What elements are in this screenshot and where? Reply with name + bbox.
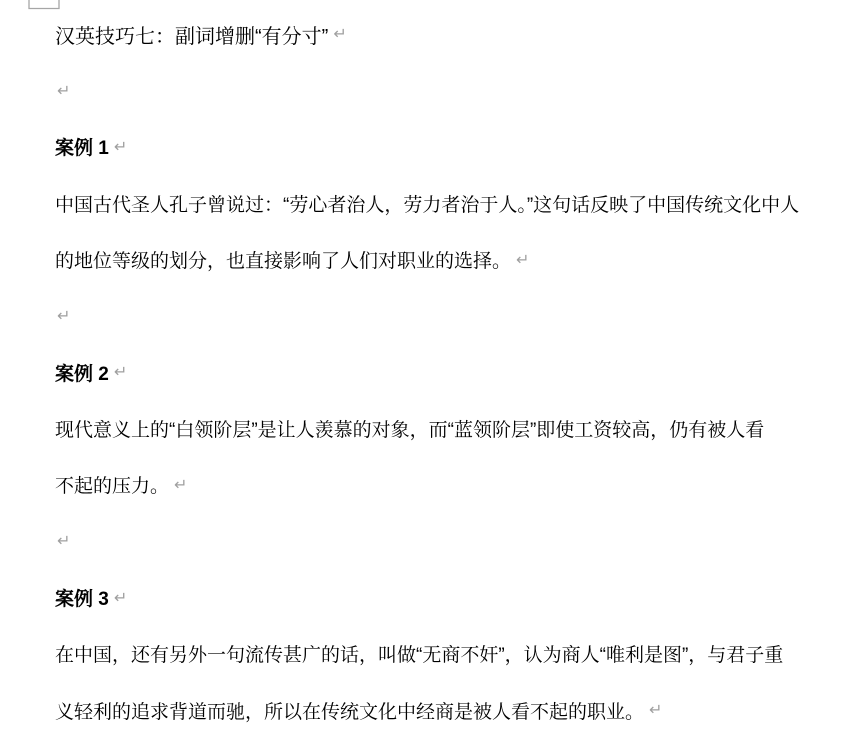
heading-case-3[interactable]: 案例 3↵ xyxy=(55,569,825,625)
case-1-text-line-1[interactable]: 中国古代圣人孔子曾说过：“劳心者治人，劳力者治于人。”这句话反映了中国传统文化中… xyxy=(55,175,825,231)
line-text: 的地位等级的划分，也直接影响了人们对职业的选择。 xyxy=(55,246,511,273)
line-text: 不起的压力。 xyxy=(55,471,169,498)
case-2-text-line-1[interactable]: 现代意义上的“白领阶层”是让人羡慕的对象，而“蓝领阶层”即使工资较高，仍有被人看 xyxy=(55,400,825,456)
line-text: 义轻利的追求背道而驰，所以在传统文化中经商是被人看不起的职业。 xyxy=(55,697,644,724)
empty-paragraph[interactable]: ↵ xyxy=(55,62,825,118)
paragraph-mark-icon: ↵ xyxy=(114,139,127,155)
paragraph-mark-icon: ↵ xyxy=(57,83,70,99)
document-text-area[interactable]: 汉英技巧七：副词增删“有分寸”↵↵案例 1↵中国古代圣人孔子曾说过：“劳心者治人… xyxy=(55,6,825,738)
case-3-text-line-2[interactable]: 义轻利的追求背道而驰，所以在传统文化中经商是被人看不起的职业。↵ xyxy=(55,682,825,738)
line-text: 案例 1 xyxy=(55,133,109,160)
paragraph-mark-icon: ↵ xyxy=(57,308,70,324)
paragraph-mark-icon: ↵ xyxy=(57,533,70,549)
line-text: 案例 2 xyxy=(55,359,109,386)
document-page: { "document": { "colors": { "page_backgr… xyxy=(0,0,844,743)
line-text: 中国古代圣人孔子曾说过：“劳心者治人，劳力者治于人。”这句话反映了中国传统文化中… xyxy=(55,190,799,217)
line-text: 现代意义上的“白领阶层”是让人羡慕的对象，而“蓝领阶层”即使工资较高，仍有被人看 xyxy=(55,415,764,442)
paragraph-mark-icon: ↵ xyxy=(114,364,127,380)
paragraph-mark-icon: ↵ xyxy=(174,477,187,493)
heading-case-2[interactable]: 案例 2↵ xyxy=(55,344,825,400)
paragraph-mark-icon: ↵ xyxy=(333,26,346,42)
case-3-text-line-1[interactable]: 在中国，还有另外一句流传甚广的话，叫做“无商不奸”，认为商人“唯利是图”，与君子… xyxy=(55,626,825,682)
paragraph-mark-icon: ↵ xyxy=(516,252,529,268)
case-2-text-line-2[interactable]: 不起的压力。↵ xyxy=(55,457,825,513)
case-1-text-line-2[interactable]: 的地位等级的划分，也直接影响了人们对职业的选择。↵ xyxy=(55,231,825,287)
heading-case-1[interactable]: 案例 1↵ xyxy=(55,119,825,175)
line-text: 在中国，还有另外一句流传甚广的话，叫做“无商不奸”，认为商人“唯利是图”，与君子… xyxy=(55,640,783,667)
paragraph-mark-icon: ↵ xyxy=(114,590,127,606)
line-text: 汉英技巧七：副词增删“有分寸” xyxy=(55,20,328,49)
paragraph-mark-icon: ↵ xyxy=(649,702,662,718)
empty-paragraph[interactable]: ↵ xyxy=(55,513,825,569)
empty-paragraph[interactable]: ↵ xyxy=(55,288,825,344)
line-text: 案例 3 xyxy=(55,584,109,611)
document-title[interactable]: 汉英技巧七：副词增删“有分寸”↵ xyxy=(55,6,825,62)
